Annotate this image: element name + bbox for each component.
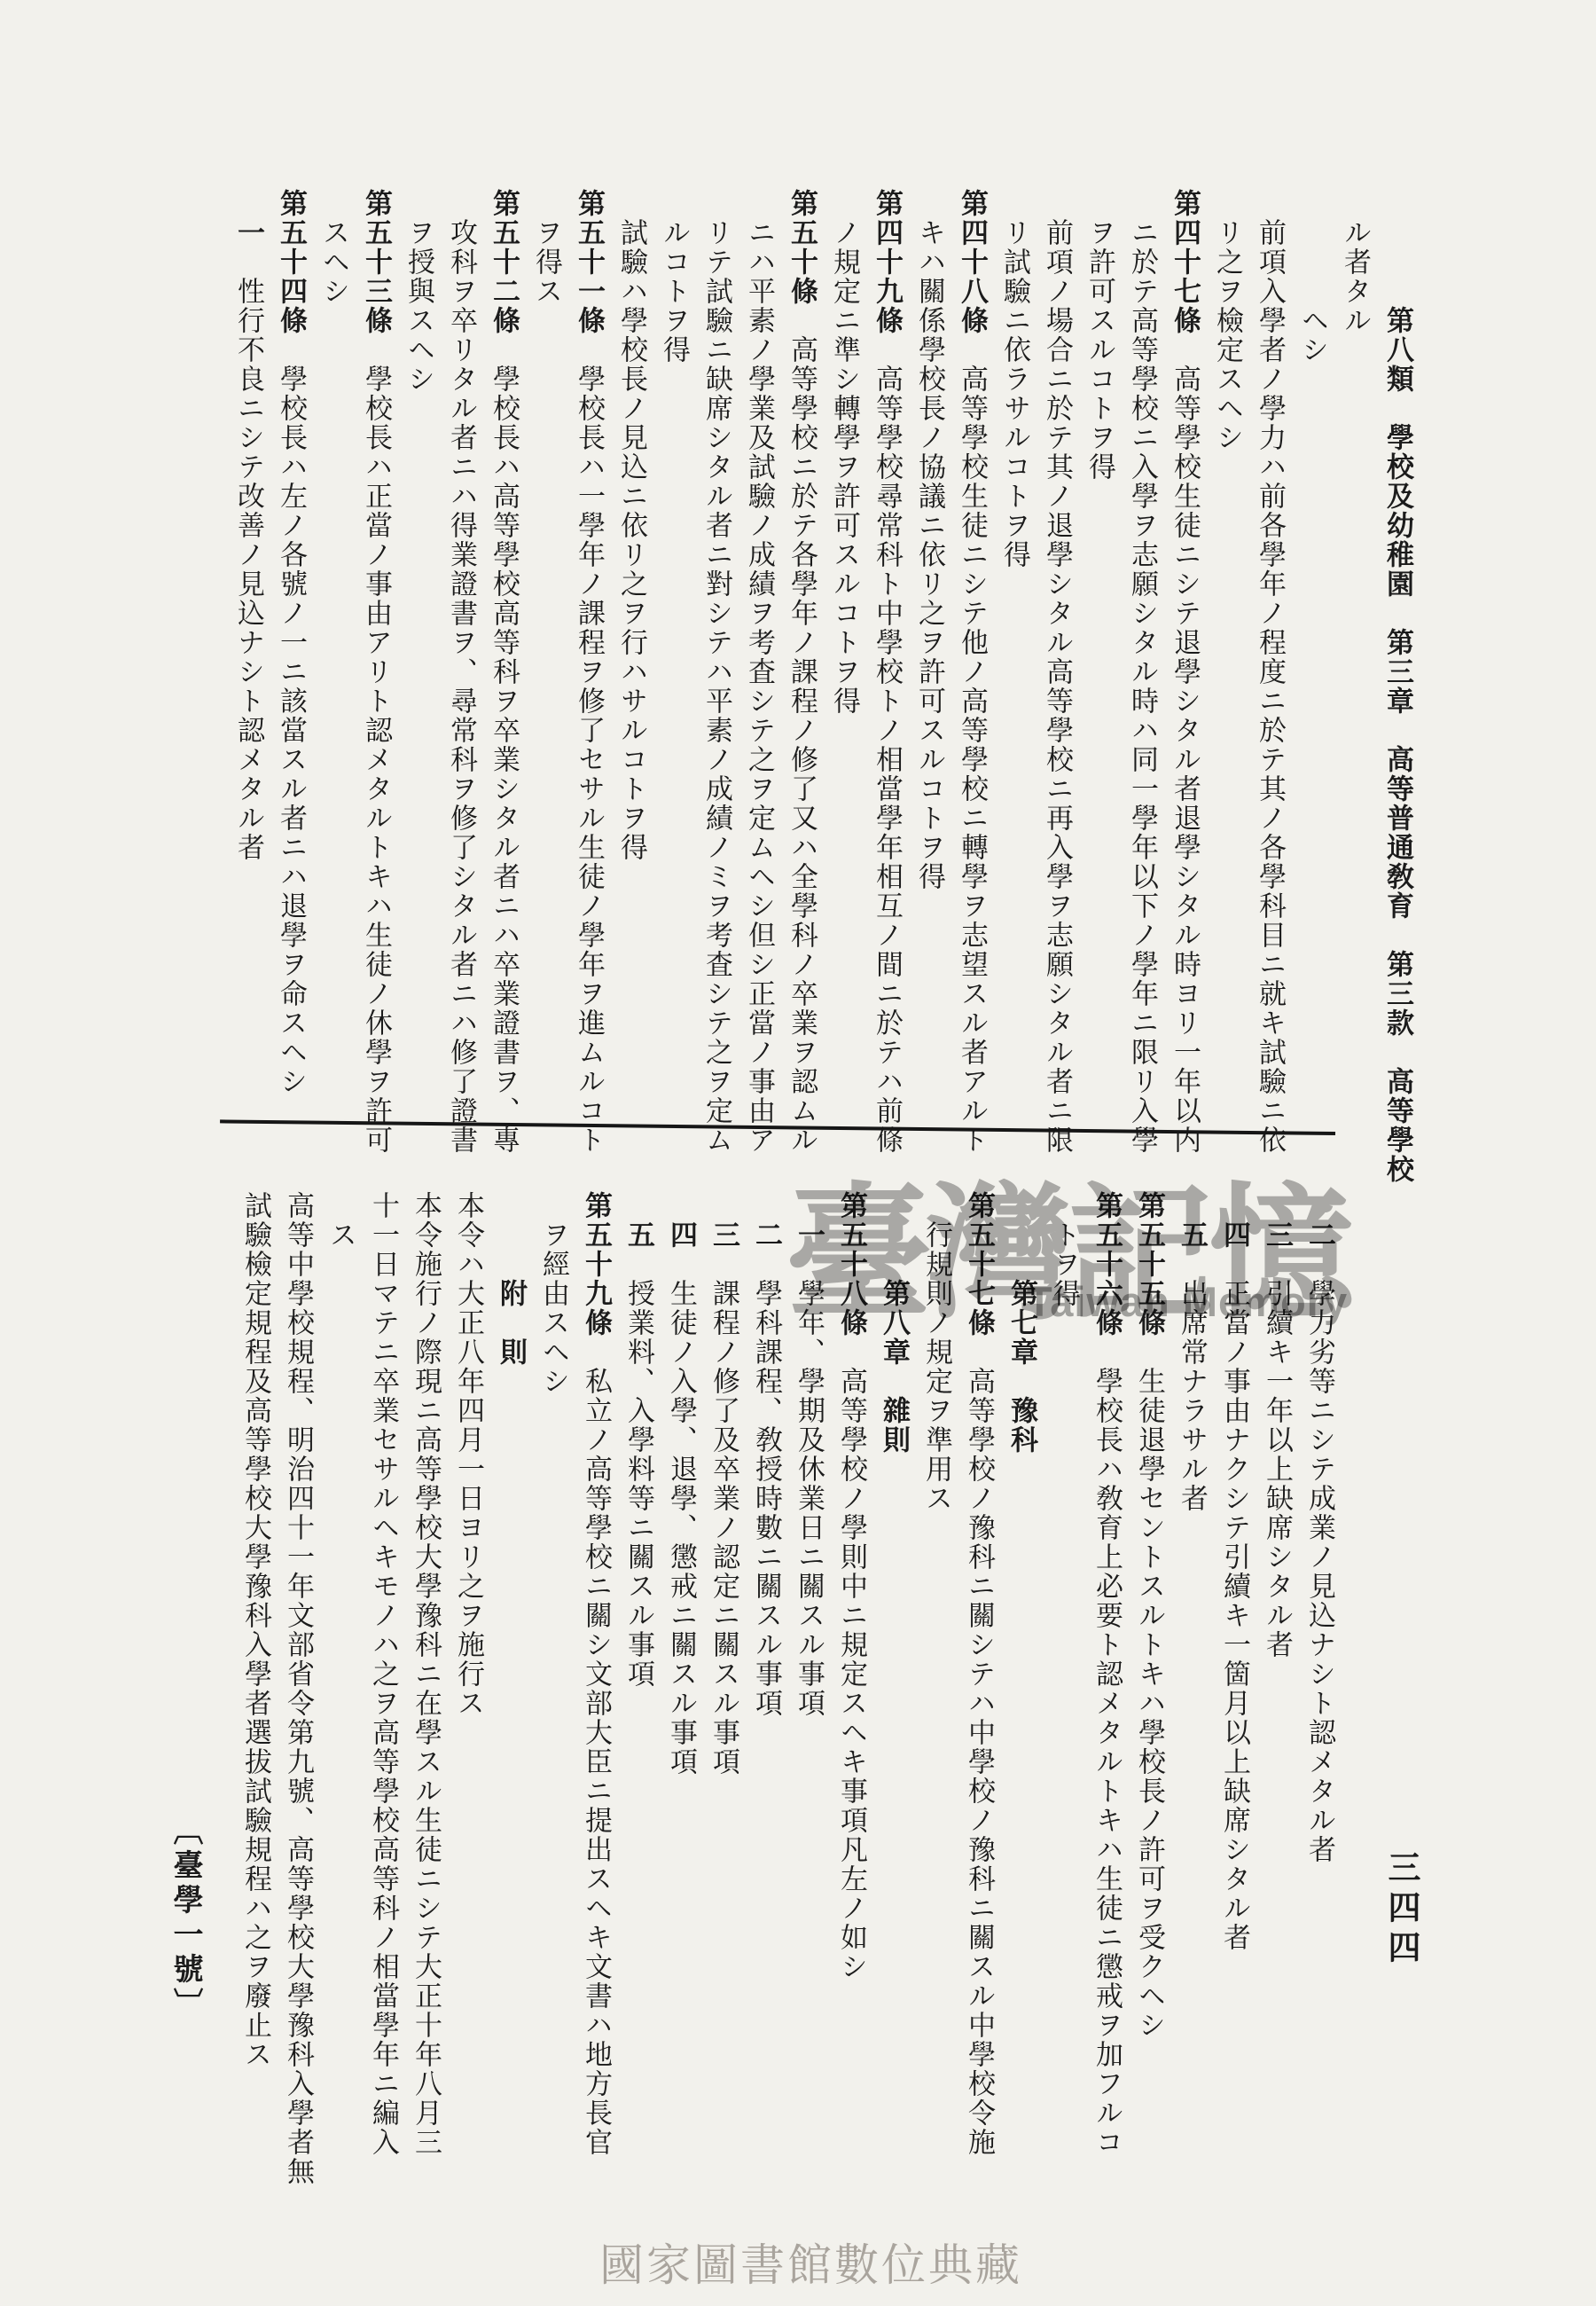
- text-column: ニ於テ高等學校ニ入學ヲ志願シタル時ハ同一學年以下ノ學年ニ限リ入學: [1121, 189, 1163, 1169]
- text-column: 攻科ヲ卒リタル者ニハ得業證書ヲ、尋常科ヲ修了シタル者ニハ修了證書: [440, 189, 482, 1169]
- upper-page-text-block: 第八類 學校及幼稚園 第三章 高等普通敎育 第三款 高等學校ル者タルヘシ前項入學…: [227, 189, 1419, 1169]
- library-archive-caption: 國家圖書館數位典藏: [599, 2230, 1022, 2294]
- text-column: リテ試驗ニ缺席シタル者ニ對シテハ平素ノ成績ノミヲ考査シテ之ヲ定ム: [695, 189, 738, 1169]
- text-column: スヘシ: [312, 189, 355, 1169]
- text-column: ノ規定ニ準シ轉學ヲ許可スルコトヲ得: [823, 189, 865, 1169]
- section-heading: 第七章 豫科: [1000, 1191, 1043, 2207]
- text-column: 四 生徒ノ入學、退學、懲戒ニ關スル事項: [660, 1191, 702, 2207]
- text-column: 第四十七條 高等學校生徒ニシテ退學シタル者退學シタル時ヨリ一年以内: [1163, 189, 1206, 1169]
- text-column: 三 引續キ一年以上缺席シタル者: [1256, 1191, 1298, 2207]
- text-column: ル者タル: [1334, 189, 1376, 1169]
- text-column: 第四十九條 高等學校尋常科ト中學校トノ相當學年相互ノ間ニ於テハ前條: [865, 189, 908, 1169]
- text-column: 前項ノ場合ニ於テ其ノ退學シタル高等學校ニ再入學ヲ志願シタル者ニ限: [1036, 189, 1078, 1169]
- text-column: ヲ許可スルコトヲ得: [1078, 189, 1121, 1169]
- text-column: 五 授業料、入學料等ニ關スル事項: [617, 1191, 660, 2207]
- text-column: 二 學科課程、敎授時數ニ關スル事項: [745, 1191, 787, 2207]
- text-column: ニハ平素ノ學業及試驗ノ成績ヲ考査シテ之ヲ定ムヘシ但シ正當ノ事由ア: [738, 189, 780, 1169]
- text-column: ヲ經由スヘシ: [532, 1191, 575, 2207]
- text-column: 行規則ノ規定ヲ準用ス: [915, 1191, 958, 2207]
- text-column: 第八類 學校及幼稚園 第三章 高等普通敎育 第三款 高等學校: [1376, 189, 1419, 1169]
- text-column: ス: [319, 1191, 362, 2207]
- text-column: 試驗檢定規程及高等學校大學豫科入學者選拔試驗規程ハ之ヲ廢止ス: [234, 1191, 277, 2207]
- volume-side-note: 〔臺學一號〕: [163, 1815, 207, 2022]
- text-column: 第五十三條 學校長ハ正當ノ事由アリト認メタルトキハ生徒ノ休學ヲ許可: [355, 189, 397, 1169]
- text-column: 三 課程ノ修了及卒業ノ認定ニ關スル事項: [702, 1191, 745, 2207]
- text-column: 本令ハ大正八年四月一日ヨリ之ヲ施行ス: [447, 1191, 489, 2207]
- text-column: 第五十八條 高等學校ノ學則中ニ規定スヘキ事項凡左ノ如シ: [830, 1191, 872, 2207]
- section-heading: 附 則: [489, 1191, 532, 2207]
- scanned-document-page: 第八類 學校及幼稚園 第三章 高等普通敎育 第三款 高等學校ル者タルヘシ前項入學…: [0, 0, 1596, 2306]
- text-column: 本令施行ノ際現ニ高等學校大學豫科ニ在學スル生徒ニシテ大正十年八月三: [404, 1191, 447, 2207]
- text-column: 第四十八條 高等學校生徒ニシテ他ノ高等學校ニ轉學ヲ志望スル者アルト: [951, 189, 993, 1169]
- text-column: ヲ得ス: [525, 189, 567, 1169]
- text-column: 第五十九條 私立ノ高等學校ニ關シ文部大臣ニ提出スヘキ文書ハ地方長官: [575, 1191, 617, 2207]
- text-column: リ之ヲ檢定スヘシ: [1206, 189, 1248, 1169]
- text-column: 高等中學校規程、明治四十一年文部省令第九號、高等學校大學豫科入學者無: [277, 1191, 319, 2207]
- text-column: 第五十六條 學校長ハ敎育上必要ト認メタルトキハ生徒ニ懲戒ヲ加フルコ: [1085, 1191, 1128, 2207]
- text-column: 十一日マテニ卒業セサルヘキモノハ之ヲ高等學校高等科ノ相當學年ニ編入: [362, 1191, 404, 2207]
- text-column: 前項入學者ノ學力ハ前各學年ノ程度ニ於テ其ノ各學科目ニ就キ試驗ニ依: [1248, 189, 1291, 1169]
- lower-page-text-block: 二 學力劣等ニシテ成業ノ見込ナシト認メタル者三 引續キ一年以上缺席シタル者四 正…: [234, 1191, 1341, 2207]
- text-column: 二 學力劣等ニシテ成業ノ見込ナシト認メタル者: [1298, 1191, 1341, 2207]
- text-column: トヲ得: [1043, 1191, 1085, 2207]
- text-column: 試驗ハ學校長ノ見込ニ依リ之ヲ行ハサルコトヲ得: [610, 189, 653, 1169]
- text-column: 第五十五條 生徒退學セントスルトキハ學校長ノ許可ヲ受クヘシ: [1128, 1191, 1170, 2207]
- text-column: 第五十一條 學校長ハ一學年ノ課程ヲ修了セサル生徒ノ學年ヲ進ムルコト: [567, 189, 610, 1169]
- text-column: 第五十二條 學校長ハ高等學校高等科ヲ卒業シタル者ニハ卒業證書ヲ、專: [482, 189, 525, 1169]
- text-column: 四 正當ノ事由ナクシテ引續キ一箇月以上缺席シタル者: [1213, 1191, 1256, 2207]
- text-column: 一 性行不良ニシテ改善ノ見込ナシト認メタル者: [227, 189, 270, 1169]
- text-column: 第五十四條 學校長ハ左ノ各號ノ一ニ該當スル者ニハ退學ヲ命スヘシ: [270, 189, 312, 1169]
- text-column: キハ關係學校長ノ協議ニ依リ之ヲ許可スルコトヲ得: [908, 189, 951, 1169]
- text-column: ルコトヲ得: [653, 189, 695, 1169]
- section-heading: 第八章 雜則: [872, 1191, 915, 2207]
- page-number: 三四四: [1376, 1850, 1424, 1970]
- text-column: リ試驗ニ依ラサルコトヲ得: [993, 189, 1036, 1169]
- text-column: 第五十七條 高等學校ノ豫科ニ關シテハ中學校ノ豫科ニ關スル中學校令施: [958, 1191, 1000, 2207]
- text-column: ヲ授與スヘシ: [397, 189, 440, 1169]
- text-column: 五 出席常ナラサル者: [1170, 1191, 1213, 2207]
- text-column: 第五十條 高等學校ニ於テ各學年ノ課程ノ修了又ハ全學科ノ卒業ヲ認ムル: [780, 189, 823, 1169]
- text-column: ヘシ: [1291, 189, 1334, 1169]
- text-column: 一 學年、學期及休業日ニ關スル事項: [787, 1191, 830, 2207]
